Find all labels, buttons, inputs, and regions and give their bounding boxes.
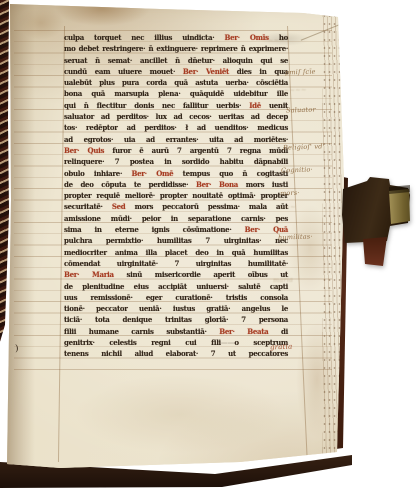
manuscript-line: cundū eam uiuere mouet· Ber· Veniēt dies… — [64, 66, 288, 77]
margin-note: ~~~~ — [284, 86, 307, 95]
margin-note: humilitas· — [278, 232, 313, 241]
rubric-text: Ber· Quis — [64, 146, 104, 155]
manuscript-line: uus remissionē· eger curationē· tristis … — [64, 292, 288, 303]
manuscript-line: de deo cōputa te perdidisse· Ber· Bona m… — [64, 179, 288, 190]
manuscript-line: propter requiē meliorē· propter nouitatē… — [64, 190, 288, 201]
manuscript-line: tenens nichil aliud elaborat· 7 ut pecca… — [64, 348, 288, 359]
margin-note: ~~~ — [279, 203, 296, 212]
rubric-text: Sed — [112, 202, 126, 211]
rubric-text: Ber· Maria — [64, 270, 114, 279]
body-text: cundū eam uiuere mouet· — [64, 67, 183, 76]
body-text: mediocriter anima illa placet deo in quā… — [64, 248, 288, 257]
body-text: mors peccatorū pessima· mala aūt — [125, 202, 288, 211]
body-text: di — [268, 327, 288, 336]
rubric-text: Ber· Omē — [132, 169, 174, 178]
body-text: bona quā marsupia plena· quāquidē uidebi… — [64, 89, 288, 98]
rubric-text: Ber· Beata — [219, 327, 268, 336]
manuscript-line: filii humane carnis substantiā· Ber· Bea… — [64, 326, 288, 337]
body-text: relinquere· 7 postea in sordido habitu d… — [64, 157, 288, 166]
manuscript-line: genitrix· celestis regni cui fili——o sce… — [64, 337, 288, 348]
text-block: culpa torquet nec illius uindicta· Ber· … — [64, 32, 288, 360]
manuscript-line: obulo inhiare· Ber· Omē tempus quo n̄ co… — [64, 168, 288, 179]
body-text: uenit — [261, 101, 288, 110]
manuscript-line: Ber· Quis furor ē aurū 7 argentū 7 regna… — [64, 145, 288, 156]
manuscript-line: Ber· Maria sinū misericordie aperit oību… — [64, 269, 288, 280]
manuscript-line: seruat n̄ semat· ancillet n̄ dn̄etur· al… — [64, 55, 288, 66]
manuscript-line: bona quā marsupia plena· quāquidē uidebi… — [64, 88, 288, 99]
manuscript-line: tos· redēptor ad perditos· ł ad uenditos… — [64, 122, 288, 133]
body-text: pulchra permixtio· humilitas 7 uirginita… — [64, 236, 288, 245]
body-text: —— — [221, 338, 234, 347]
body-text: furor ē aurū 7 argentū 7 regna mūdi — [104, 146, 288, 155]
body-text: ualebūt plus pura corda quā astuta uerba… — [64, 78, 288, 87]
body-text: amissione mūdi· peior in separatione car… — [64, 214, 288, 223]
parchment-stain — [55, 0, 150, 26]
manuscript-line: saluator ad perditos· lux ad cecos· ueri… — [64, 111, 288, 122]
rubric-text: Ber· Veniēt — [183, 67, 229, 76]
manuscript-line: pulchra permixtio· humilitas 7 uirginita… — [64, 235, 288, 246]
manuscript-line: securitatē· Sed mors peccatorū pessima· … — [64, 201, 288, 212]
manuscript-line: cōmendat uirginitatē· 7 uirginitas humil… — [64, 258, 288, 269]
body-text: culpa torquet nec illius uindicta· — [64, 33, 224, 42]
manuscript-line: sima in eterne ignis cōsūmatione· Ber· Q… — [64, 224, 288, 235]
body-text: cōmendat uirginitatē· 7 uirginitas humil… — [64, 259, 288, 268]
body-text: saluator ad perditos· lux ad cecos· ueri… — [64, 112, 288, 121]
margin-note: ) — [15, 344, 19, 354]
manuscript-line: mediocriter anima illa placet deo in quā… — [64, 247, 288, 258]
manuscript-line: relinquere· 7 postea in sordido habitu d… — [64, 156, 288, 167]
body-text: de deo cōputa te perdidisse· — [64, 180, 196, 189]
body-text: mo debet restringere· n̄ extinguere· rep… — [64, 44, 288, 53]
manuscript-line: ualebūt plus pura corda quā astuta uerba… — [64, 77, 288, 88]
rubric-text: Idē — [249, 101, 261, 110]
rubric-text: Ber· Bona — [196, 180, 238, 189]
body-text: uus remissionē· eger curationē· tristis … — [64, 293, 288, 302]
body-text: securitatē· — [64, 202, 112, 211]
body-text: genitrix· celestis regni cui fili — [64, 338, 221, 347]
margin-note: Religioſ' vd' — [283, 142, 325, 151]
margin-note: Cognitio· — [281, 165, 313, 174]
rubric-text: Ber· Omīs — [224, 33, 268, 42]
margin-note: maria — [273, 276, 293, 285]
book-clasp — [337, 175, 416, 269]
manuscript-line: culpa torquet nec illius uindicta· Ber· … — [64, 32, 288, 43]
body-text: ad egrotos· uia ad errantes· uita ad mor… — [64, 135, 288, 144]
margin-note: Saluator — [286, 105, 316, 114]
manuscript-line: ad egrotos· uia ad errantes· uita ad mor… — [64, 134, 288, 145]
body-text: sima in eterne ignis cōsūmatione· — [64, 225, 245, 234]
manuscript-photo: culpa torquet nec illius uindicta· Ber· … — [0, 0, 416, 488]
margin-note: gratia — [270, 343, 293, 352]
manuscript-line: de plenitudine eius accipiāt uniuersi· s… — [64, 281, 288, 292]
manuscript-line: tionē· peccator ueniā· iustus gratiā· an… — [64, 303, 288, 314]
body-text: seruat n̄ semat· ancillet n̄ dn̄etur· al… — [64, 56, 288, 65]
body-text: dies in qua — [229, 67, 288, 76]
margin-note: ~~~ — [268, 36, 285, 45]
manuscript-line: mo debet restringere· n̄ extinguere· rep… — [64, 43, 288, 54]
body-text: propter requiē meliorē· propter nouitatē… — [64, 191, 288, 200]
body-text: filii humane carnis substantiā· — [64, 327, 219, 336]
body-text: sinū misericordie aperit oībus ut — [114, 270, 288, 279]
body-text: ticiā· tota denique trinitas gloriā· 7 p… — [64, 315, 288, 324]
body-text: obulo inhiare· — [64, 169, 132, 178]
body-text: tos· redēptor ad perditos· ł ad uenditos… — [64, 123, 288, 132]
manuscript-line: qui n̄ flectitur donis nec fallitur uerb… — [64, 100, 288, 111]
manuscript-line: ticiā· tota denique trinitas gloriā· 7 p… — [64, 314, 288, 325]
body-text: qui n̄ flectitur donis nec fallitur uerb… — [64, 101, 249, 110]
body-text: tionē· peccator ueniā· iustus gratiā· an… — [64, 304, 288, 313]
margin-note: mors· — [280, 189, 300, 198]
body-text: tenens nichil aliud elaborat· 7 ut pecca… — [64, 349, 288, 358]
body-text: mors iusti — [238, 180, 288, 189]
margin-note: pmiſ ſcīe — [285, 67, 316, 76]
manuscript-line: amissione mūdi· peior in separatione car… — [64, 213, 288, 224]
parchment-stain — [75, 375, 285, 453]
body-text: tempus quo n̄ cogitasti — [173, 169, 288, 178]
body-text: de plenitudine eius accipiāt uniuersi· s… — [64, 282, 288, 291]
